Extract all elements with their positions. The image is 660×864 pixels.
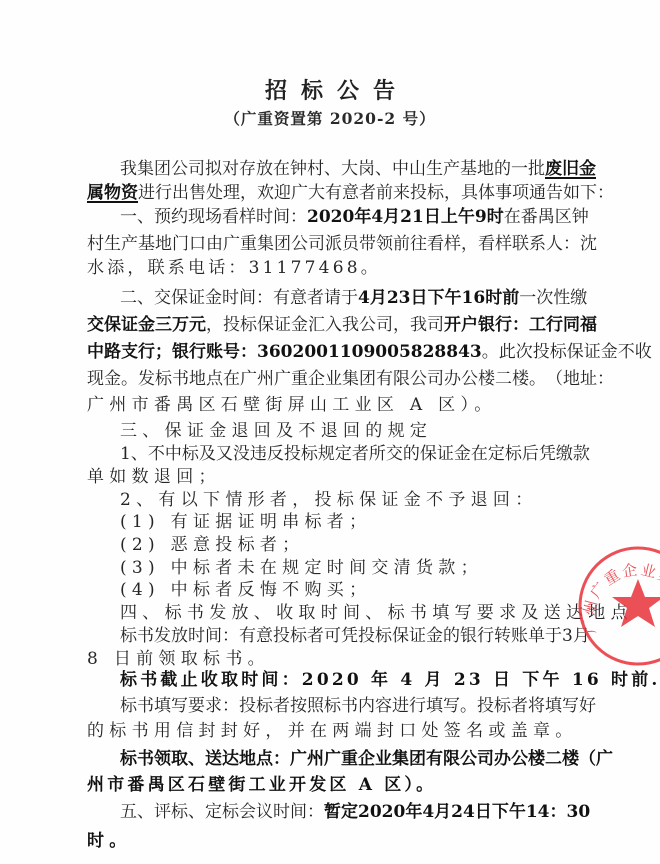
section-heading: 三、保证金退回及不退回的规定	[120, 420, 563, 442]
paragraph-line: 标书领取、送达地点：广州广重企业集团有限公司办公楼二楼（广	[120, 748, 563, 770]
paragraph-line: 时。	[87, 830, 563, 852]
list-item: (3) 中标者未在规定时间交清货款；	[120, 557, 563, 579]
paragraph-line: 单如数退回；	[87, 466, 563, 488]
document-number: （广重资置第 2020-2 号）	[0, 107, 660, 129]
paragraph-line: 交保证金三万元，投标保证金汇入我公司，我司开户银行：工行同福	[87, 314, 563, 336]
paragraph-line: 2、有以下情形者，投标保证金不予退回：	[120, 489, 563, 511]
paragraph-line: 二、交保证金时间：有意者请于4月23日下午16时前一次性缴	[120, 287, 563, 309]
paragraph-line: 一、预约现场看样时间：2020年4月21日上午9时在番禺区钟	[120, 206, 563, 228]
paragraph-line: 标书填写要求：投标者按照标书内容进行填写。投标者将填写好	[120, 695, 563, 717]
paragraph-line: 州市番禺区石壁街工业开发区 A 区）。	[87, 774, 563, 796]
paragraph-line: 我集团公司拟对存放在钟村、大岗、中山生产基地的一批废旧金	[120, 158, 563, 180]
document-page: 招标公告 （广重资置第 2020-2 号） 我集团公司拟对存放在钟村、大岗、中山…	[0, 0, 660, 864]
list-item: (1) 有证据证明串标者；	[120, 511, 563, 533]
list-item: (4) 中标者反悔不购买；	[120, 579, 563, 601]
section-heading: 四、标书发放、收取时间、标书填写要求及送达地点	[120, 602, 563, 624]
paragraph-line: 水添，联系电话：31177468。	[87, 257, 563, 279]
paragraph-line: 标书发放时间：有意投标者可凭投标保证金的银行转账单于3月	[120, 625, 563, 647]
paragraph-line: 广州市番禺区石壁街屏山工业区 A 区）。	[87, 394, 563, 416]
document-title: 招标公告	[0, 74, 660, 105]
paragraph-line: 现金。发标书地点在广州广重企业集团有限公司办公楼二楼。（地址：	[87, 368, 563, 390]
paragraph-line: 8 日前领取标书。	[87, 648, 563, 670]
paragraph-line: 标书截止收取时间：2020 年 4 月 23 日 下午 16 时前.	[120, 669, 563, 691]
paragraph-line: 村生产基地门口由广重集团公司派员带领前往看样，看样联系人：沈	[87, 233, 563, 255]
list-item: (2) 恶意投标者；	[120, 534, 563, 556]
paragraph-line: 属物资进行出售处理，欢迎广大有意者前来投标，具体事项通告如下：	[87, 182, 563, 204]
paragraph-line: 的标书用信封封好，并在两端封口处签名或盖章。	[87, 720, 563, 742]
paragraph-line: 五、评标、定标会议时间：暂定2020年4月24日下午14：30	[120, 801, 563, 823]
paragraph-line: 1、不中标及又没违反投标规定者所交的保证金在定标后凭缴款	[120, 443, 563, 465]
paragraph-line: 中路支行；银行账号：3602001109005828843。此次投标保证金不收	[87, 341, 563, 363]
